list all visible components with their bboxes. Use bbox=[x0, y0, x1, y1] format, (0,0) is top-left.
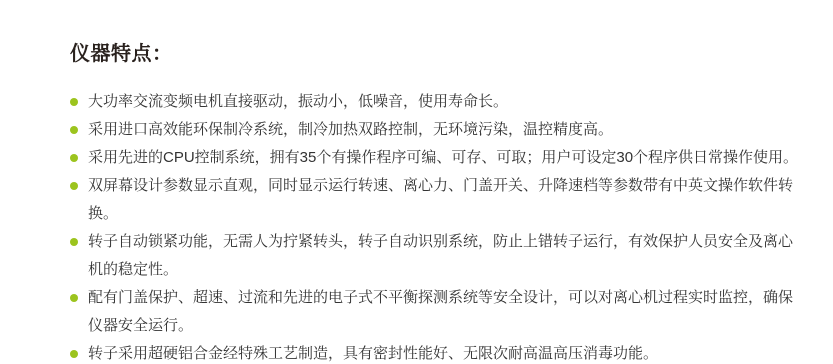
page-title: 仪器特点： bbox=[70, 42, 813, 66]
bullet-icon bbox=[70, 350, 78, 358]
list-item: 转子自动锁紧功能，无需人为拧紧转头，转子自动识别系统，防止上错转子运行，有效保护… bbox=[70, 228, 800, 284]
bullet-icon bbox=[70, 126, 78, 134]
feature-text: 双屏幕设计参数显示直观，同时显示运行转速、离心力、门盖开关、升降速档等参数带有中… bbox=[88, 177, 793, 222]
list-item: 采用先进的CPU控制系统，拥有35个有操作程序可编、可存、可取；用户可设定30个… bbox=[70, 144, 800, 172]
feature-text: 配有门盖保护、超速、过流和先进的电子式不平衡探测系统等安全设计，可以对离心机过程… bbox=[88, 289, 793, 334]
list-item: 双屏幕设计参数显示直观，同时显示运行转速、离心力、门盖开关、升降速档等参数带有中… bbox=[70, 172, 800, 228]
list-item: 大功率交流变频电机直接驱动，振动小，低噪音，使用寿命长。 bbox=[70, 88, 800, 116]
bullet-icon bbox=[70, 294, 78, 302]
bullet-icon bbox=[70, 182, 78, 190]
list-item: 转子采用超硬铝合金经特殊工艺制造，具有密封性能好、无限次耐高温高压消毒功能。 bbox=[70, 340, 800, 364]
feature-text: 转子采用超硬铝合金经特殊工艺制造，具有密封性能好、无限次耐高温高压消毒功能。 bbox=[88, 345, 658, 362]
instrument-features-section: 仪器特点： 大功率交流变频电机直接驱动，振动小，低噪音，使用寿命长。 采用进口高… bbox=[0, 0, 833, 364]
bullet-icon bbox=[70, 238, 78, 246]
feature-text: 转子自动锁紧功能，无需人为拧紧转头，转子自动识别系统，防止上错转子运行，有效保护… bbox=[88, 233, 793, 278]
feature-text: 大功率交流变频电机直接驱动，振动小，低噪音，使用寿命长。 bbox=[88, 93, 508, 110]
list-item: 采用进口高效能环保制冷系统，制冷加热双路控制，无环境污染，温控精度高。 bbox=[70, 116, 800, 144]
bullet-icon bbox=[70, 154, 78, 162]
feature-text: 采用进口高效能环保制冷系统，制冷加热双路控制，无环境污染，温控精度高。 bbox=[88, 121, 613, 138]
list-item: 配有门盖保护、超速、过流和先进的电子式不平衡探测系统等安全设计，可以对离心机过程… bbox=[70, 284, 800, 340]
feature-list: 大功率交流变频电机直接驱动，振动小，低噪音，使用寿命长。 采用进口高效能环保制冷… bbox=[70, 88, 800, 364]
bullet-icon bbox=[70, 98, 78, 106]
feature-text: 采用先进的CPU控制系统，拥有35个有操作程序可编、可存、可取；用户可设定30个… bbox=[88, 149, 798, 166]
